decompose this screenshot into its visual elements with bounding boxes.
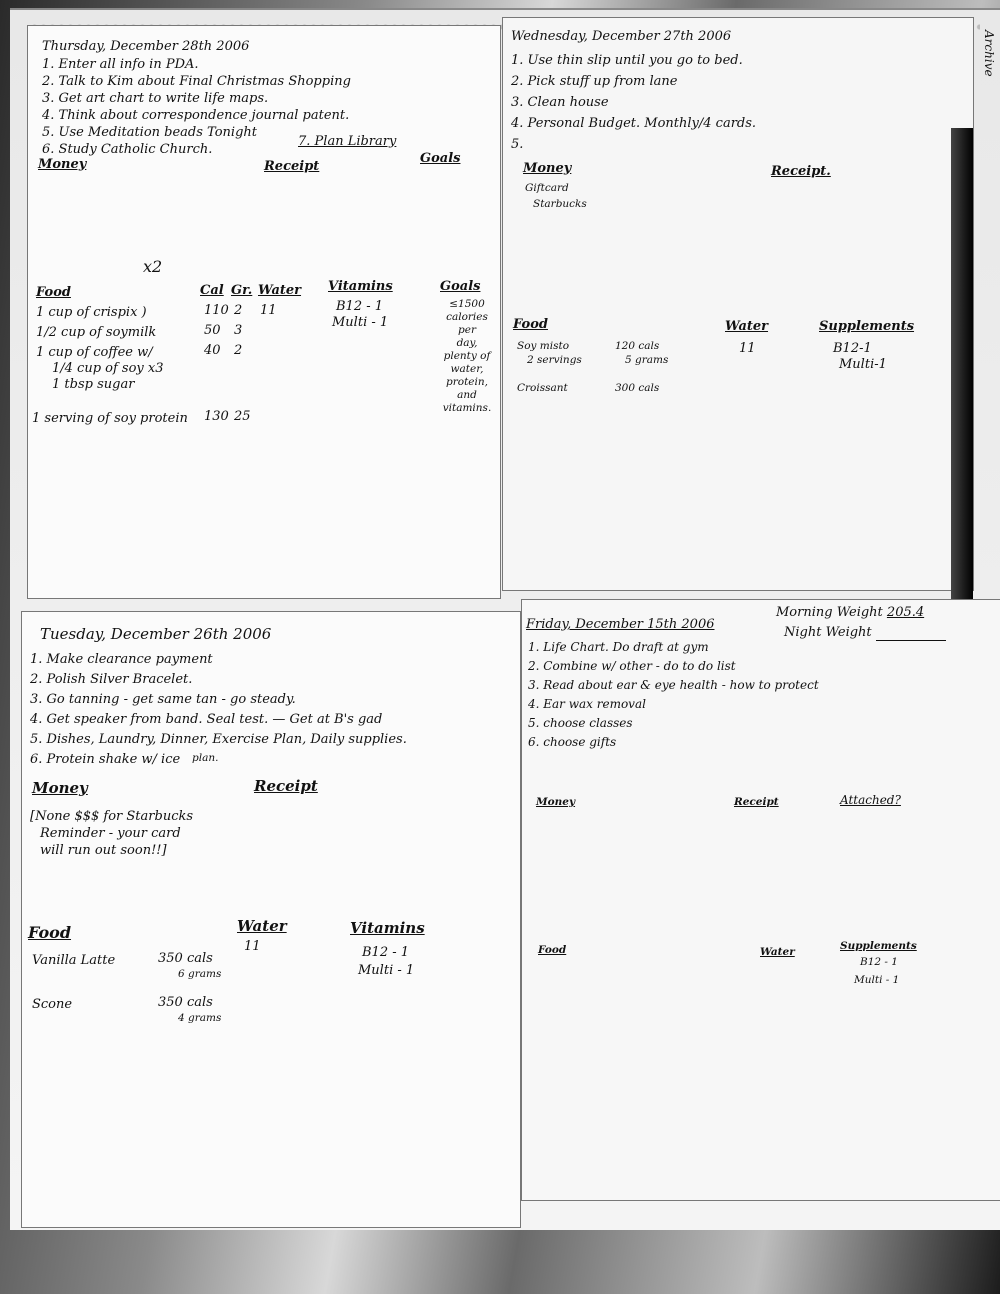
goals-line: ≤1500 bbox=[442, 298, 492, 311]
task-list: 1. Use thin slip until you go to bed. 2.… bbox=[511, 50, 756, 155]
water-heading: Water bbox=[760, 946, 795, 959]
money-item: Giftcard bbox=[525, 182, 569, 195]
task-item: 5. Dishes, Laundry, Dinner, Exercise Pla… bbox=[30, 730, 407, 750]
food-heading: Food bbox=[513, 316, 548, 333]
receipt-heading: Receipt bbox=[254, 778, 318, 795]
task-item: 1. Use thin slip until you go to bed. bbox=[511, 50, 756, 71]
food-item: Vanilla Latte bbox=[32, 952, 115, 969]
food-calories: 50 bbox=[204, 322, 221, 339]
task-item: 1. Life Chart. Do draft at gym bbox=[528, 638, 819, 657]
food-heading: Food bbox=[28, 924, 71, 941]
food-item: 1/4 cup of soy x3 bbox=[52, 360, 164, 377]
food-item: Croissant bbox=[517, 382, 568, 395]
page-friday: Friday, December 15th 2006 Morning Weigh… bbox=[522, 600, 1000, 1200]
money-heading: Money bbox=[523, 160, 571, 177]
vitamin-item: Multi - 1 bbox=[332, 314, 388, 331]
task-item: 4. Personal Budget. Monthly/4 cards. bbox=[511, 113, 756, 134]
goals-line: and bbox=[442, 389, 492, 402]
task-item: 5. choose classes bbox=[528, 714, 819, 733]
morning-weight-label: Morning Weight bbox=[776, 605, 883, 620]
receipt-heading: Receipt bbox=[264, 158, 319, 175]
food-calories: 300 cals bbox=[615, 382, 659, 395]
archive-tab: Archive bbox=[982, 30, 996, 77]
task-item: 2. Polish Silver Bracelet. bbox=[30, 670, 407, 690]
task-item: 3. Get art chart to write life maps. bbox=[42, 90, 351, 107]
money-heading: Money bbox=[536, 796, 575, 809]
receipt-heading: Receipt bbox=[734, 796, 779, 809]
note-line: Reminder - your card bbox=[40, 825, 203, 842]
task-item: 1. Enter all info in PDA. bbox=[42, 56, 351, 73]
food-item: Soy misto bbox=[517, 340, 569, 353]
food-heading: Food bbox=[538, 944, 566, 957]
task-item: 4. Ear wax removal bbox=[528, 695, 819, 714]
multiplier-note: x2 bbox=[143, 258, 162, 275]
vitamins-heading: Vitamins bbox=[328, 278, 393, 295]
task5-suffix: plan. bbox=[192, 752, 218, 765]
task-item: 2. Combine w/ other - do to do list bbox=[528, 657, 819, 676]
goals-line: vitamins. bbox=[442, 402, 492, 415]
water-heading: Water bbox=[237, 918, 287, 935]
food-item: 1/2 cup of soymilk bbox=[36, 324, 156, 341]
goals-heading: Goals bbox=[420, 150, 460, 167]
supplement-item: Multi - 1 bbox=[854, 974, 899, 987]
task-item: 1. Make clearance payment bbox=[30, 650, 407, 670]
food-item: 1 cup of coffee w/ bbox=[36, 344, 153, 361]
food-grams: 5 grams bbox=[625, 354, 668, 367]
goals-column-heading: Goals bbox=[440, 278, 480, 295]
vitamins-heading: Vitamins bbox=[350, 920, 425, 937]
food-calories: 40 bbox=[204, 342, 221, 359]
food-item: Scone bbox=[32, 996, 72, 1013]
task-item: 4. Get speaker from band. Seal test. — G… bbox=[30, 710, 407, 730]
supplements-heading: Supplements bbox=[840, 940, 917, 953]
food-servings: 2 servings bbox=[527, 354, 582, 367]
food-grams: 3 bbox=[234, 322, 242, 339]
morning-weight-value: 205.4 bbox=[887, 604, 947, 621]
task-item: 3. Read about ear & eye health - how to … bbox=[528, 676, 819, 695]
vitamin-item: B12 - 1 bbox=[336, 298, 383, 315]
food-heading: Food bbox=[36, 284, 71, 301]
money-item: Starbucks bbox=[533, 198, 587, 211]
grams-column-heading: Gr. bbox=[231, 282, 252, 299]
task-list: 1. Life Chart. Do draft at gym 2. Combin… bbox=[528, 638, 819, 752]
food-item: 1 tbsp sugar bbox=[52, 376, 134, 393]
vitamin-item: Multi - 1 bbox=[358, 962, 414, 979]
supplement-item: B12 - 1 bbox=[860, 956, 898, 969]
goals-text: ≤1500caloriesperday,plenty ofwater,prote… bbox=[442, 298, 492, 415]
supplement-item: B12-1 bbox=[833, 340, 872, 357]
task-item: 3. Clean house bbox=[511, 92, 756, 113]
task-item: 4. Think about correspondence journal pa… bbox=[42, 107, 351, 124]
water-heading: Water bbox=[725, 318, 768, 335]
supplement-item: Multi-1 bbox=[839, 356, 887, 373]
goals-line: per bbox=[442, 324, 492, 337]
morning-weight: Morning Weight 205.4 bbox=[776, 604, 947, 621]
goals-line: plenty of bbox=[442, 350, 492, 363]
cal-column-heading: Cal bbox=[200, 282, 224, 299]
task-item: 2. Talk to Kim about Final Christmas Sho… bbox=[42, 73, 351, 90]
water-value: 11 bbox=[244, 938, 261, 955]
task-item: 5. bbox=[511, 134, 756, 155]
receipt-heading: Receipt. bbox=[771, 163, 831, 180]
goals-line: calories bbox=[442, 311, 492, 324]
food-calories: 350 cals bbox=[158, 950, 213, 967]
money-note: [None $$$ for StarbucksReminder - your c… bbox=[30, 808, 193, 859]
supplements-heading: Supplements bbox=[819, 318, 914, 335]
vitamin-item: B12 - 1 bbox=[362, 944, 409, 961]
food-calories: 130 bbox=[204, 408, 229, 425]
food-calories: 350 cals bbox=[158, 994, 213, 1011]
goals-line: water, bbox=[442, 363, 492, 376]
water-column-heading: Water bbox=[258, 282, 301, 299]
task-item-extra: 7. Plan Library bbox=[298, 133, 396, 150]
page-date: Wednesday, December 27th 2006 bbox=[511, 28, 731, 45]
page-date: Tuesday, December 26th 2006 bbox=[40, 626, 271, 643]
food-item: 1 serving of soy protein bbox=[32, 410, 188, 427]
task-item: 6. choose gifts bbox=[528, 733, 819, 752]
page-thursday: Thursday, December 28th 2006 1. Enter al… bbox=[28, 26, 500, 598]
note-line: [None $$$ for Starbucks bbox=[30, 808, 193, 825]
goals-line: day, bbox=[442, 337, 492, 350]
page-tuesday: Tuesday, December 26th 2006 1. Make clea… bbox=[22, 612, 520, 1227]
money-heading: Money bbox=[38, 156, 86, 173]
food-calories: 110 bbox=[204, 302, 229, 319]
food-grams: 2 bbox=[234, 342, 242, 359]
page-date: Thursday, December 28th 2006 bbox=[42, 38, 249, 55]
page-date: Friday, December 15th 2006 bbox=[526, 616, 714, 633]
water-value: 11 bbox=[739, 340, 756, 357]
food-grams: 25 bbox=[234, 408, 251, 425]
note-line: will run out soon!!] bbox=[40, 842, 203, 859]
food-item: 1 cup of crispix ) bbox=[36, 304, 147, 321]
task-item: 3. Go tanning - get same tan - go steady… bbox=[30, 690, 407, 710]
attached-heading: Attached? bbox=[840, 794, 901, 807]
task-item: 2. Pick stuff up from lane bbox=[511, 71, 756, 92]
page-shadow bbox=[951, 128, 973, 608]
food-grams: 4 grams bbox=[178, 1012, 221, 1025]
page-wednesday: Wednesday, December 27th 2006 1. Use thi… bbox=[503, 18, 973, 590]
food-calories: 120 cals bbox=[615, 340, 659, 353]
food-water: 11 bbox=[260, 302, 277, 319]
food-grams: 6 grams bbox=[178, 968, 221, 981]
money-heading: Money bbox=[32, 780, 88, 797]
goals-line: protein, bbox=[442, 376, 492, 389]
night-weight-value bbox=[876, 640, 946, 641]
food-grams: 2 bbox=[234, 302, 242, 319]
